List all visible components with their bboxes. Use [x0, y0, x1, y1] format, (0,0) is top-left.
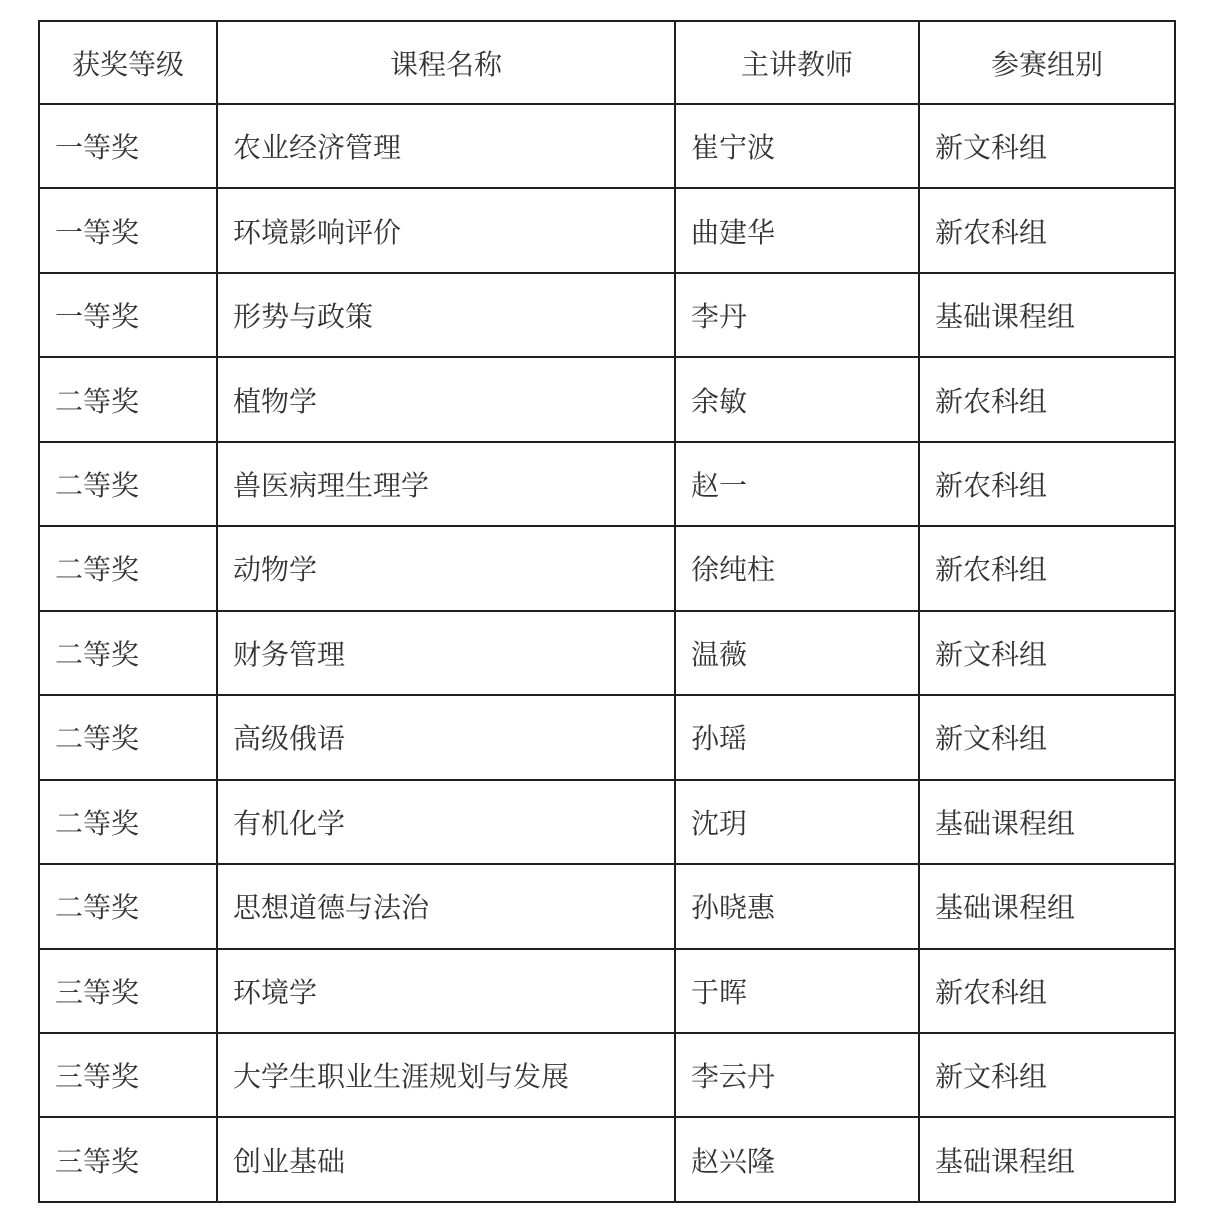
cell-competition-group: 新文科组 [919, 1033, 1175, 1117]
cell-lecturer: 崔宁波 [675, 104, 919, 188]
cell-lecturer: 徐纯柱 [675, 526, 919, 610]
awards-table: 获奖等级 课程名称 主讲教师 参赛组别 一等奖 农业经济管理 崔宁波 新文科组 … [38, 20, 1176, 1203]
cell-lecturer: 曲建华 [675, 188, 919, 272]
column-header-award-level: 获奖等级 [39, 21, 217, 104]
cell-course-name: 大学生职业生涯规划与发展 [217, 1033, 675, 1117]
table-row: 二等奖 高级俄语 孙瑶 新文科组 [39, 695, 1175, 779]
cell-course-name: 环境学 [217, 949, 675, 1033]
cell-award-level: 二等奖 [39, 526, 217, 610]
cell-course-name: 形势与政策 [217, 273, 675, 357]
cell-competition-group: 基础课程组 [919, 273, 1175, 357]
table-row: 二等奖 有机化学 沈玥 基础课程组 [39, 780, 1175, 864]
table-row: 三等奖 创业基础 赵兴隆 基础课程组 [39, 1117, 1175, 1202]
cell-lecturer: 李云丹 [675, 1033, 919, 1117]
cell-award-level: 三等奖 [39, 1117, 217, 1202]
cell-course-name: 创业基础 [217, 1117, 675, 1202]
cell-award-level: 二等奖 [39, 864, 217, 948]
cell-competition-group: 新文科组 [919, 695, 1175, 779]
column-header-course-name: 课程名称 [217, 21, 675, 104]
cell-competition-group: 新农科组 [919, 188, 1175, 272]
cell-lecturer: 温薇 [675, 611, 919, 695]
cell-award-level: 二等奖 [39, 695, 217, 779]
cell-competition-group: 基础课程组 [919, 864, 1175, 948]
table-row: 二等奖 财务管理 温薇 新文科组 [39, 611, 1175, 695]
cell-course-name: 高级俄语 [217, 695, 675, 779]
table-row: 一等奖 农业经济管理 崔宁波 新文科组 [39, 104, 1175, 188]
column-header-lecturer: 主讲教师 [675, 21, 919, 104]
cell-course-name: 兽医病理生理学 [217, 442, 675, 526]
cell-competition-group: 新文科组 [919, 611, 1175, 695]
cell-course-name: 农业经济管理 [217, 104, 675, 188]
cell-award-level: 三等奖 [39, 1033, 217, 1117]
cell-award-level: 一等奖 [39, 273, 217, 357]
cell-award-level: 二等奖 [39, 780, 217, 864]
column-header-competition-group: 参赛组别 [919, 21, 1175, 104]
cell-award-level: 一等奖 [39, 188, 217, 272]
table-row: 一等奖 环境影响评价 曲建华 新农科组 [39, 188, 1175, 272]
cell-course-name: 植物学 [217, 357, 675, 441]
table-row: 二等奖 植物学 余敏 新农科组 [39, 357, 1175, 441]
table-row: 三等奖 环境学 于晖 新农科组 [39, 949, 1175, 1033]
cell-lecturer: 李丹 [675, 273, 919, 357]
cell-lecturer: 孙晓惠 [675, 864, 919, 948]
cell-competition-group: 新农科组 [919, 442, 1175, 526]
table-row: 二等奖 动物学 徐纯柱 新农科组 [39, 526, 1175, 610]
cell-lecturer: 于晖 [675, 949, 919, 1033]
cell-competition-group: 新农科组 [919, 357, 1175, 441]
cell-course-name: 财务管理 [217, 611, 675, 695]
cell-lecturer: 赵一 [675, 442, 919, 526]
cell-competition-group: 基础课程组 [919, 1117, 1175, 1202]
cell-course-name: 有机化学 [217, 780, 675, 864]
table-row: 一等奖 形势与政策 李丹 基础课程组 [39, 273, 1175, 357]
cell-award-level: 二等奖 [39, 611, 217, 695]
cell-course-name: 动物学 [217, 526, 675, 610]
cell-competition-group: 新文科组 [919, 104, 1175, 188]
table-row: 二等奖 兽医病理生理学 赵一 新农科组 [39, 442, 1175, 526]
cell-course-name: 环境影响评价 [217, 188, 675, 272]
table-header-row: 获奖等级 课程名称 主讲教师 参赛组别 [39, 21, 1175, 104]
cell-competition-group: 基础课程组 [919, 780, 1175, 864]
cell-lecturer: 余敏 [675, 357, 919, 441]
table-row: 三等奖 大学生职业生涯规划与发展 李云丹 新文科组 [39, 1033, 1175, 1117]
cell-lecturer: 沈玥 [675, 780, 919, 864]
cell-award-level: 一等奖 [39, 104, 217, 188]
cell-award-level: 二等奖 [39, 442, 217, 526]
cell-course-name: 思想道德与法治 [217, 864, 675, 948]
cell-lecturer: 赵兴隆 [675, 1117, 919, 1202]
cell-award-level: 三等奖 [39, 949, 217, 1033]
cell-competition-group: 新农科组 [919, 526, 1175, 610]
table-row: 二等奖 思想道德与法治 孙晓惠 基础课程组 [39, 864, 1175, 948]
cell-competition-group: 新农科组 [919, 949, 1175, 1033]
cell-lecturer: 孙瑶 [675, 695, 919, 779]
cell-award-level: 二等奖 [39, 357, 217, 441]
